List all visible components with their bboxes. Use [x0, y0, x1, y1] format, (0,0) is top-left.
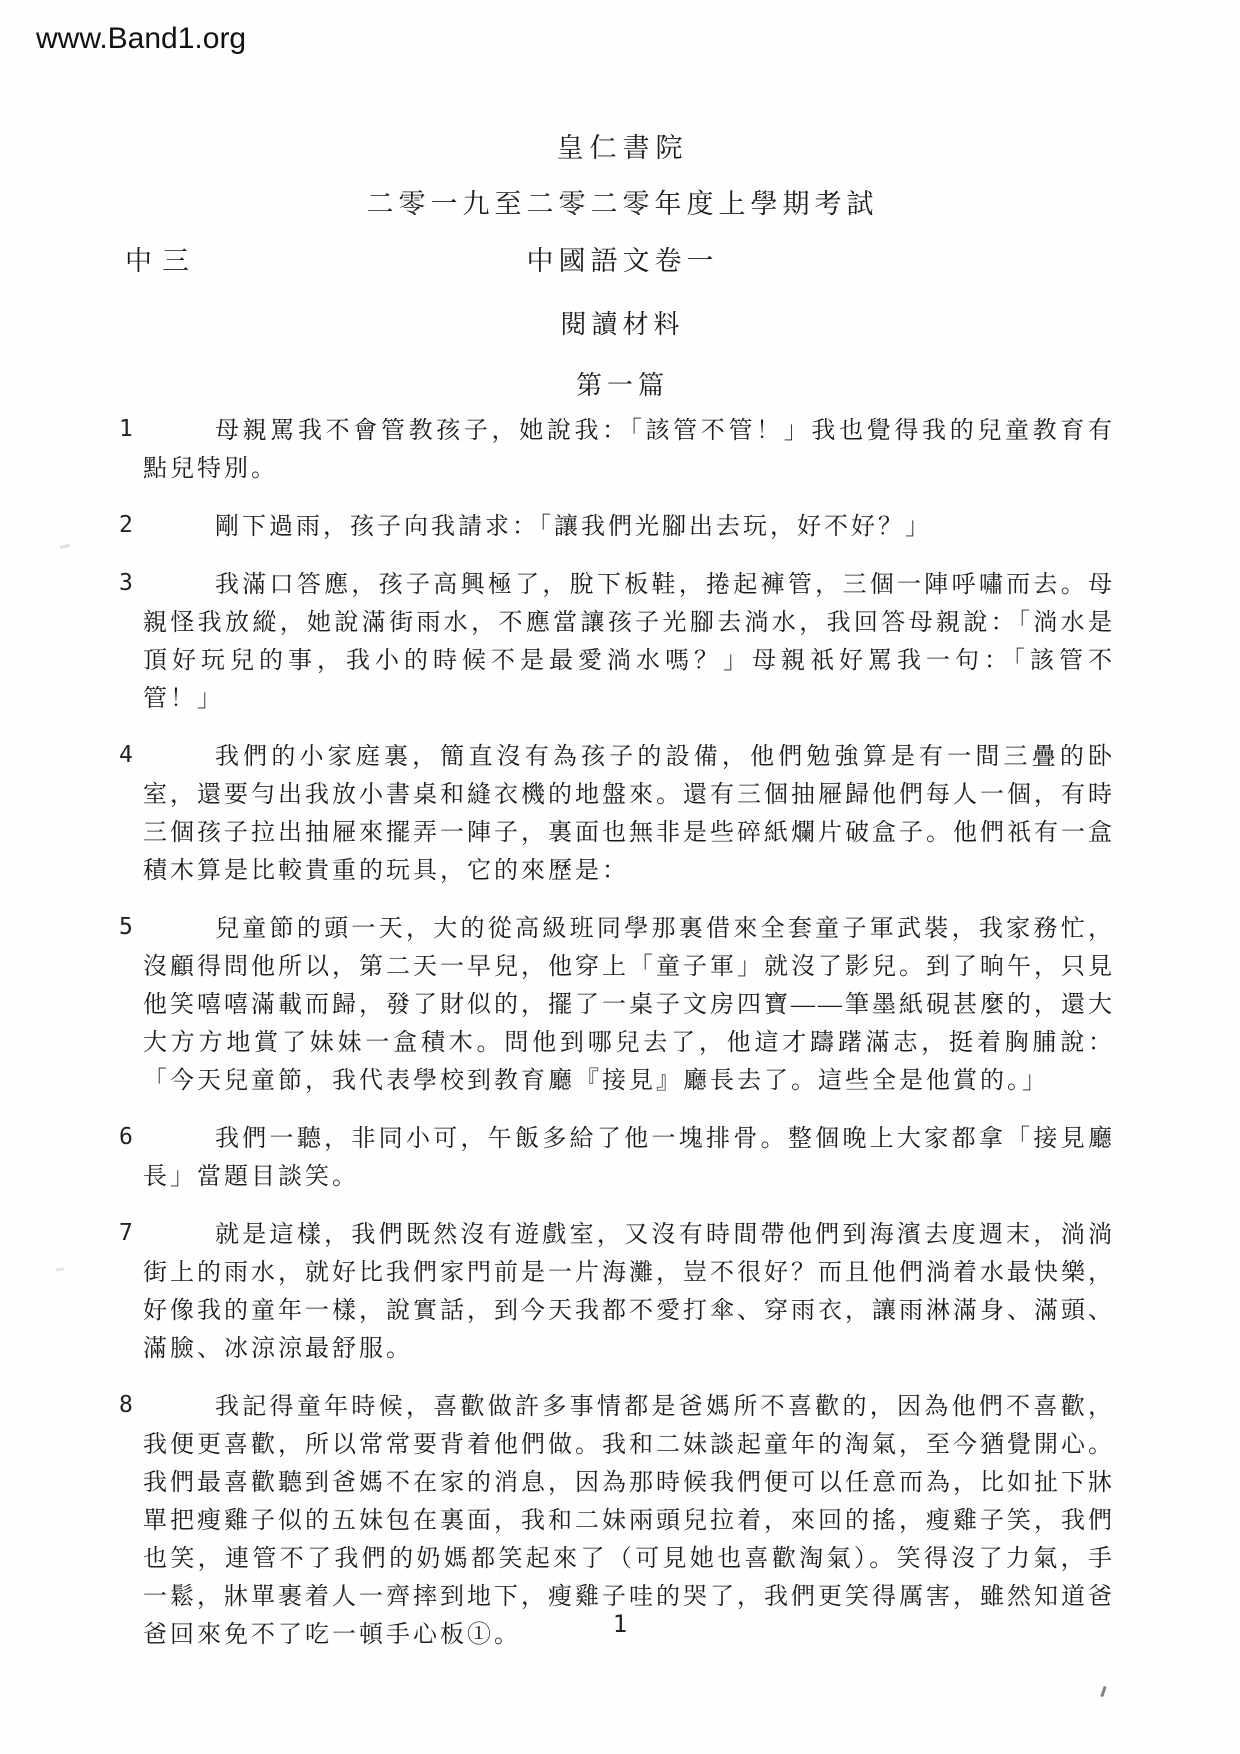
paragraph-number: 8: [119, 1392, 133, 1418]
paragraph-number: 4: [119, 742, 133, 768]
paragraph-text: 剛下過雨，孩子向我請求：「讓我們光腳出去玩，好不好？」: [143, 508, 1115, 546]
page-number: 1: [0, 1610, 1240, 1638]
paragraph: 4 我們的小家庭裏，簡直沒有為孩子的設備，他們勉強算是有一間三疊的卧室，還要勻出…: [143, 738, 1115, 890]
paragraph-text: 兒童節的頭一天，大的從高級班同學那裏借來全套童子軍武裝，我家務忙，沒顧得問他所以…: [143, 910, 1115, 1100]
paragraph-number: 2: [119, 512, 133, 538]
passage-title: 第一篇: [125, 365, 1120, 402]
paragraph-text: 就是這樣，我們既然沒有遊戲室，又沒有時間帶他們到海濱去度週末，淌淌街上的雨水，就…: [143, 1216, 1115, 1368]
document-page: www.Band1.org 皇仁書院 二零一九至二零二零年度上學期考試 中三 中…: [0, 0, 1240, 1754]
paragraph-number: 6: [119, 1124, 133, 1150]
paragraph-number: 5: [119, 914, 133, 940]
paragraph: 1 母親罵我不會管教孩子，她說我：「該管不管！」我也覺得我的兒童教育有點兒特別。: [143, 412, 1115, 488]
scan-artifact: [1100, 1686, 1106, 1697]
paper-title: 中國語文卷一: [527, 246, 719, 276]
scan-speck: [56, 1267, 64, 1271]
paragraph-number: 7: [119, 1220, 133, 1246]
paragraph-number: 3: [119, 570, 133, 596]
paragraph: 2 剛下過雨，孩子向我請求：「讓我們光腳出去玩，好不好？」: [143, 508, 1115, 546]
paragraph: 3 我滿口答應，孩子高興極了，脫下板鞋，捲起褲管，三個一陣呼嘯而去。母親怪我放縱…: [143, 566, 1115, 718]
paragraph: 6 我們一聽，非同小可，午飯多給了他一塊排骨。整個晚上大家都拿「接見廳長」當題目…: [143, 1120, 1115, 1196]
school-name: 皇仁書院: [125, 126, 1120, 165]
paragraph-text: 母親罵我不會管教孩子，她說我：「該管不管！」我也覺得我的兒童教育有點兒特別。: [143, 412, 1115, 488]
scan-speck: [60, 544, 70, 549]
paragraph: 7 就是這樣，我們既然沒有遊戲室，又沒有時間帶他們到海濱去度週末，淌淌街上的雨水…: [143, 1216, 1115, 1368]
exam-title: 二零一九至二零二零年度上學期考試: [125, 182, 1120, 221]
site-watermark: www.Band1.org: [36, 22, 246, 56]
paper-title-row: 中三 中國語文卷一: [125, 239, 1120, 278]
paragraph-text: 我們的小家庭裏，簡直沒有為孩子的設備，他們勉強算是有一間三疊的卧室，還要勻出我放…: [143, 738, 1115, 890]
section-title: 閱讀材料: [125, 304, 1120, 341]
paragraph-text: 我滿口答應，孩子高興極了，脫下板鞋，捲起褲管，三個一陣呼嘯而去。母親怪我放縱，她…: [143, 566, 1115, 718]
exam-header: 皇仁書院 二零一九至二零二零年度上學期考試 中三 中國語文卷一 閱讀材料 第一篇: [125, 126, 1120, 402]
paragraph: 5 兒童節的頭一天，大的從高級班同學那裏借來全套童子軍武裝，我家務忙，沒顧得問他…: [143, 910, 1115, 1100]
class-level: 中三: [125, 239, 199, 278]
passage-body: 1 母親罵我不會管教孩子，她說我：「該管不管！」我也覺得我的兒童教育有點兒特別。…: [143, 412, 1115, 1674]
paragraph-number: 1: [119, 416, 133, 442]
paragraph-text: 我們一聽，非同小可，午飯多給了他一塊排骨。整個晚上大家都拿「接見廳長」當題目談笑…: [143, 1120, 1115, 1196]
